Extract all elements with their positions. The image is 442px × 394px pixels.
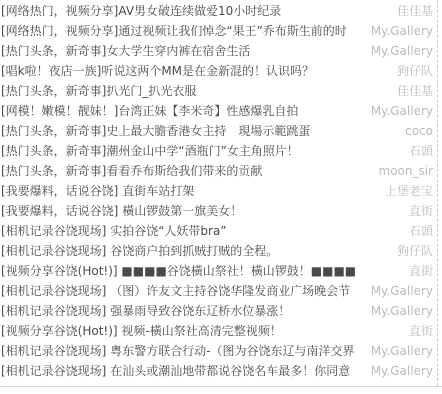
thread-category[interactable]: [唱k啦！夜店一族]	[1, 64, 101, 78]
thread-title[interactable]: 实拍谷饶“人妖带bra”	[106, 224, 226, 238]
thread-row: [热门头条，新奇事]看看乔布斯给我们带来的贡献 moon_sir	[0, 161, 437, 181]
thread-row: [我要爆料，话说谷饶] 直街车站打架 上堡老宝	[0, 181, 437, 201]
thread-row: [相机记录谷饶现场] 粤东警方联合行动-（图为谷饶东辽与南洋交界 My.Gall…	[0, 341, 437, 361]
thread-title[interactable]: 女大学生穿内裤在宿舍生活	[106, 44, 250, 58]
thread-row: [相机记录谷饶现场] （图）许友文主持谷饶华隆发商业广场晚会节 My.Galle…	[0, 281, 437, 301]
thread-author[interactable]: My.Gallery	[365, 21, 437, 41]
thread-row: [相机记录谷饶现场] 强暴雨导致谷饶东辽桥水位暴涨！ My.Gallery	[0, 301, 437, 321]
thread-author[interactable]: My.Gallery	[365, 101, 437, 121]
thread-category[interactable]: [热门头条，新奇事]	[1, 144, 106, 158]
thread-link[interactable]: [网模！嫩模！靓妹！]台湾正妹【李米奇】性感爆乳自拍	[0, 101, 365, 121]
thread-link[interactable]: [热门头条，新奇事]潮州金山中学“酒瓶门”女主角照片！	[0, 141, 403, 161]
thread-title[interactable]: 直街车站打架	[118, 184, 194, 198]
thread-author[interactable]: 狗仔队	[391, 61, 437, 81]
thread-category[interactable]: [相机记录谷饶现场]	[1, 344, 106, 358]
thread-category[interactable]: [相机记录谷饶现场]	[1, 304, 106, 318]
thread-category[interactable]: [相机记录谷饶现场]	[1, 364, 106, 378]
thread-title[interactable]: 视频-橫山祭社高清完整视频！	[118, 324, 282, 338]
thread-link[interactable]: [相机记录谷饶现场] 粤东警方联合行动-（图为谷饶东辽与南洋交界	[0, 341, 365, 361]
thread-author[interactable]: 石頭	[403, 141, 437, 161]
thread-title[interactable]: 橫山锣鼓第一旗美女！	[118, 204, 242, 218]
thread-author[interactable]: coco	[399, 121, 437, 141]
thread-row: [我要爆料，话说谷饶] 橫山锣鼓第一旗美女！ 直街	[0, 201, 437, 221]
thread-author[interactable]: 狗仔队	[391, 241, 437, 261]
thread-category[interactable]: [网络热门，视频分享]	[1, 4, 118, 18]
thread-category[interactable]: [热门头条，新奇事]	[1, 44, 106, 58]
thread-row: [唱k啦！夜店一族]听说这两个MM是在金新混的！认识吗？ 狗仔队	[0, 61, 437, 81]
thread-link[interactable]: [唱k啦！夜店一族]听说这两个MM是在金新混的！认识吗？	[0, 61, 391, 81]
thread-title[interactable]: 史上最大膽香港女主持 現場示範跳蛋	[106, 124, 310, 138]
thread-title[interactable]: 潮州金山中学“酒瓶门”女主角照片！	[106, 144, 298, 158]
thread-author[interactable]: 直街	[403, 321, 437, 341]
thread-link[interactable]: [热门头条，新奇事]史上最大膽香港女主持 現場示範跳蛋	[0, 121, 399, 141]
thread-author[interactable]: My.Gallery	[365, 301, 437, 321]
thread-row: [热门头条，新奇事]扒光门_扒光衣服 佳佳基	[0, 81, 437, 101]
thread-row: [相机记录谷饶现场] 谷饶商户拍到抓贼打贼的全程。 狗仔队	[0, 241, 437, 261]
thread-row: [视频分享谷饶(Hot!)] 视频-橫山祭社高清完整视频！ 直街	[0, 321, 437, 341]
thread-link[interactable]: [我要爆料，话说谷饶] 橫山锣鼓第一旗美女！	[0, 201, 403, 221]
thread-author[interactable]: My.Gallery	[365, 361, 437, 381]
thread-author[interactable]: My.Gallery	[365, 41, 437, 61]
thread-author[interactable]: 佳佳基	[391, 1, 437, 21]
thread-category[interactable]: [网模！嫩模！靓妹！]	[1, 104, 118, 118]
thread-link[interactable]: [相机记录谷饶现场] 实拍谷饶“人妖带bra”	[0, 221, 403, 241]
thread-row: [视频分享谷饶(Hot!)] ■■■■谷饶橫山祭社！橫山锣鼓！■■■■ 直街	[0, 261, 437, 281]
thread-category[interactable]: [热门头条，新奇事]	[1, 84, 106, 98]
thread-title[interactable]: ■■■■谷饶橫山祭社！橫山锣鼓！■■■■	[118, 264, 357, 278]
thread-row: [网模！嫩模！靓妹！]台湾正妹【李米奇】性感爆乳自拍 My.Gallery	[0, 101, 437, 121]
thread-list: [网络热门，视频分享]AV男女破连续做爱10小时纪录 佳佳基 [网络热门，视频分…	[0, 0, 438, 386]
thread-row: [网络热门，视频分享]AV男女破连续做爱10小时纪录 佳佳基	[0, 1, 437, 21]
thread-title[interactable]: 看看乔布斯给我们带来的贡献	[106, 164, 262, 178]
thread-category[interactable]: [我要爆料，话说谷饶]	[1, 204, 118, 218]
thread-link[interactable]: [相机记录谷饶现场] （图）许友文主持谷饶华隆发商业广场晚会节	[0, 281, 365, 301]
thread-category[interactable]: [相机记录谷饶现场]	[1, 224, 106, 238]
bottom-divider	[0, 386, 442, 387]
thread-row: [热门头条，新奇事]女大学生穿内裤在宿舍生活 My.Gallery	[0, 41, 437, 61]
thread-title[interactable]: 扒光门_扒光衣服	[106, 84, 196, 98]
thread-link[interactable]: [相机记录谷饶现场] 谷饶商户拍到抓贼打贼的全程。	[0, 241, 391, 261]
thread-row: [热门头条，新奇事]潮州金山中学“酒瓶门”女主角照片！ 石頭	[0, 141, 437, 161]
thread-link[interactable]: [网络热门，视频分享]AV男女破连续做爱10小时纪录	[0, 1, 391, 21]
thread-title[interactable]: 通过视频让我们悼念“果王”乔布斯生前的时	[118, 24, 346, 38]
thread-link[interactable]: [相机记录谷饶现场] 在汕头或潮汕地带都说谷饶名车最多！你同意	[0, 361, 365, 381]
thread-category[interactable]: [视频分享谷饶(Hot!)]	[1, 264, 118, 278]
thread-author[interactable]: 直街	[403, 261, 437, 281]
thread-category[interactable]: [相机记录谷饶现场]	[1, 244, 106, 258]
thread-link[interactable]: [相机记录谷饶现场] 强暴雨导致谷饶东辽桥水位暴涨！	[0, 301, 365, 321]
thread-row: [网络热门，视频分享]通过视频让我们悼念“果王”乔布斯生前的时 My.Galle…	[0, 21, 437, 41]
thread-title[interactable]: 粤东警方联合行动-（图为谷饶东辽与南洋交界	[106, 344, 354, 358]
thread-link[interactable]: [热门头条，新奇事]看看乔布斯给我们带来的贡献	[0, 161, 373, 181]
thread-author[interactable]: 上堡老宝	[379, 181, 437, 201]
thread-link[interactable]: [热门头条，新奇事]女大学生穿内裤在宿舍生活	[0, 41, 365, 61]
thread-link[interactable]: [我要爆料，话说谷饶] 直街车站打架	[0, 181, 379, 201]
thread-link[interactable]: [视频分享谷饶(Hot!)] 视频-橫山祭社高清完整视频！	[0, 321, 403, 341]
thread-category[interactable]: [热门头条，新奇事]	[1, 164, 106, 178]
thread-author[interactable]: 直街	[403, 201, 437, 221]
thread-category[interactable]: [我要爆料，话说谷饶]	[1, 184, 118, 198]
thread-title[interactable]: 强暴雨导致谷饶东辽桥水位暴涨！	[106, 304, 290, 318]
thread-category[interactable]: [视频分享谷饶(Hot!)]	[1, 324, 118, 338]
thread-author[interactable]: moon_sir	[373, 161, 438, 181]
thread-row: [热门头条，新奇事]史上最大膽香港女主持 現場示範跳蛋 coco	[0, 121, 437, 141]
thread-author[interactable]: 石頭	[403, 221, 437, 241]
thread-row: [相机记录谷饶现场] 实拍谷饶“人妖带bra” 石頭	[0, 221, 437, 241]
thread-link[interactable]: [视频分享谷饶(Hot!)] ■■■■谷饶橫山祭社！橫山锣鼓！■■■■	[0, 261, 403, 281]
thread-link[interactable]: [热门头条，新奇事]扒光门_扒光衣服	[0, 81, 391, 101]
thread-title[interactable]: 在汕头或潮汕地带都说谷饶名车最多！你同意	[106, 364, 350, 378]
thread-title[interactable]: 听说这两个MM是在金新混的！认识吗？	[101, 64, 314, 78]
forum-thread-panel: [网络热门，视频分享]AV男女破连续做爱10小时纪录 佳佳基 [网络热门，视频分…	[0, 0, 442, 394]
thread-row: [相机记录谷饶现场] 在汕头或潮汕地带都说谷饶名车最多！你同意 My.Galle…	[0, 361, 437, 381]
thread-author[interactable]: 佳佳基	[391, 81, 437, 101]
thread-category[interactable]: [相机记录谷饶现场]	[1, 284, 106, 298]
thread-author[interactable]: My.Gallery	[365, 341, 437, 361]
thread-title[interactable]: AV男女破连续做爱10小时纪录	[118, 4, 281, 18]
thread-category[interactable]: [热门头条，新奇事]	[1, 124, 106, 138]
thread-title[interactable]: 谷饶商户拍到抓贼打贼的全程。	[106, 244, 278, 258]
thread-link[interactable]: [网络热门，视频分享]通过视频让我们悼念“果王”乔布斯生前的时	[0, 21, 365, 41]
thread-category[interactable]: [网络热门，视频分享]	[1, 24, 118, 38]
thread-title[interactable]: （图）许友文主持谷饶华隆发商业广场晚会节	[106, 284, 350, 298]
thread-title[interactable]: 台湾正妹【李米奇】性感爆乳自拍	[118, 104, 298, 118]
thread-author[interactable]: My.Gallery	[365, 281, 437, 301]
